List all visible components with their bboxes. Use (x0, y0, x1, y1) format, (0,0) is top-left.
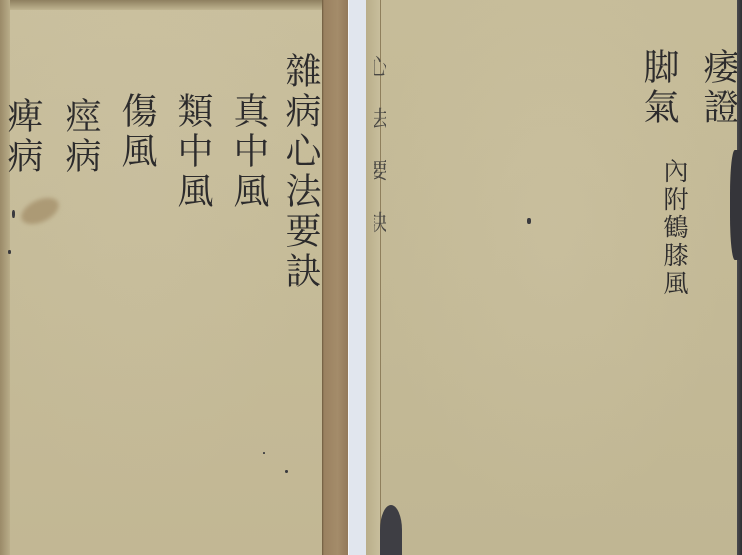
entry-wei-zheng: 痿證 (700, 48, 736, 128)
entry-bi-bing: 痺病 (4, 97, 40, 177)
page-left-edge (0, 0, 10, 555)
entry-lei-zhong-feng: 類中風 (174, 92, 210, 212)
ink-blot (380, 505, 402, 555)
paper-stain (17, 193, 63, 230)
entry-shang-feng: 傷風 (118, 92, 154, 172)
page-top-edge (0, 0, 330, 10)
entry-zhen-zhong-feng: 真中風 (230, 92, 266, 212)
ink-speck (285, 470, 288, 473)
entry-jiao-qi: 脚氣 (640, 48, 676, 128)
ink-speck (263, 452, 265, 454)
page-gutter (348, 0, 368, 555)
annotation-nei-fu-he-xi-feng: 內附鶴膝風 (662, 158, 687, 298)
edge-shadow (730, 150, 742, 260)
ink-speck (12, 210, 15, 218)
page-right-edge (737, 0, 742, 555)
left-page: 雜病心法要訣 真中風 類中風 傷風 痙病 痺病 (0, 0, 348, 555)
right-page: 心法要訣 痿證 脚氣 內附鶴膝風 (366, 0, 742, 555)
ink-speck (527, 218, 531, 224)
entry-jing-bing: 痙病 (62, 97, 98, 177)
book-spine (322, 0, 348, 555)
title-column: 雜病心法要訣 (282, 52, 318, 292)
ink-speck (8, 250, 11, 254)
